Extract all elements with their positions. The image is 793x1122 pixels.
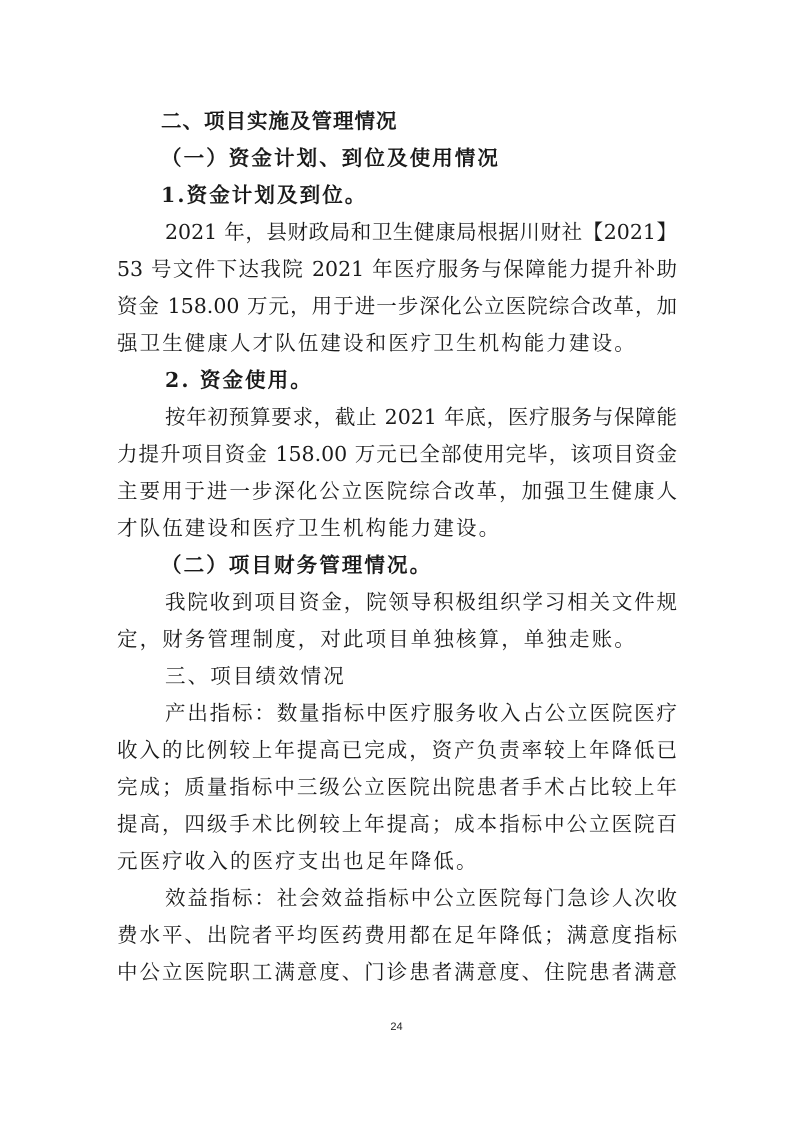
paragraph-line: 费水平、出院者平均医药费用都在足年降低；满意度指标	[117, 917, 677, 954]
paragraph-line: 定，财务管理制度，对此项目单独核算，单独走账。	[117, 621, 677, 658]
paragraph-line: 完成；质量指标中三级公立医院出院患者手术占比较上年	[117, 769, 677, 806]
paragraph-line: 53 号文件下达我院 2021 年医疗服务与保障能力提升补助	[117, 251, 677, 288]
paragraph-financial-management: 我院收到项目资金，院领导积极组织学习相关文件规 定，财务管理制度，对此项目单独核…	[117, 584, 677, 658]
paragraph-line: 强卫生健康人才队伍建设和医疗卫生机构能力建设。	[117, 325, 677, 362]
paragraph-funding-use: 按年初预算要求，截止 2021 年底，医疗服务与保障能 力提升项目资金 158.…	[117, 399, 677, 547]
subsection-heading-2: （二）项目财务管理情况。	[117, 547, 677, 584]
paragraph-line: 按年初预算要求，截止 2021 年底，医疗服务与保障能	[117, 399, 677, 436]
page-number: 24	[0, 1021, 793, 1033]
paragraph-line: 资金 158.00 万元，用于进一步深化公立医院综合改革，加	[117, 288, 677, 325]
subsection-heading-1: （一）资金计划、到位及使用情况	[117, 140, 677, 177]
paragraph-line: 才队伍建设和医疗卫生机构能力建设。	[117, 510, 677, 547]
item-heading-1: 1.资金计划及到位。	[117, 177, 677, 214]
paragraph-line: 产出指标：数量指标中医疗服务收入占公立医院医疗	[117, 695, 677, 732]
paragraph-line: 我院收到项目资金，院领导积极组织学习相关文件规	[117, 584, 677, 621]
paragraph-line: 元医疗收入的医疗支出也足年降低。	[117, 843, 677, 880]
paragraph-line: 收入的比例较上年提高已完成，资产负责率较上年降低已	[117, 732, 677, 769]
paragraph-benefit-indicators: 效益指标：社会效益指标中公立医院每门急诊人次收 费水平、出院者平均医药费用都在足…	[117, 880, 677, 991]
paragraph-line: 主要用于进一步深化公立医院综合改革，加强卫生健康人	[117, 473, 677, 510]
section-heading-3: 三、项目绩效情况	[117, 658, 677, 695]
paragraph-line: 效益指标：社会效益指标中公立医院每门急诊人次收	[117, 880, 677, 917]
paragraph-funding-plan: 2021 年，县财政局和卫生健康局根据川财社【2021】 53 号文件下达我院 …	[117, 214, 677, 362]
paragraph-line: 中公立医院职工满意度、门诊患者满意度、住院患者满意	[117, 954, 677, 991]
section-heading-2: 二、项目实施及管理情况	[117, 103, 677, 140]
paragraph-line: 提高，四级手术比例较上年提高；成本指标中公立医院百	[117, 806, 677, 843]
paragraph-output-indicators: 产出指标：数量指标中医疗服务收入占公立医院医疗 收入的比例较上年提高已完成，资产…	[117, 695, 677, 880]
paragraph-line: 力提升项目资金 158.00 万元已全部使用完毕，该项目资金	[117, 436, 677, 473]
item-heading-2: 2. 资金使用。	[117, 362, 677, 399]
document-page: 二、项目实施及管理情况 （一）资金计划、到位及使用情况 1.资金计划及到位。 2…	[117, 103, 677, 991]
paragraph-line: 2021 年，县财政局和卫生健康局根据川财社【2021】	[117, 214, 677, 251]
